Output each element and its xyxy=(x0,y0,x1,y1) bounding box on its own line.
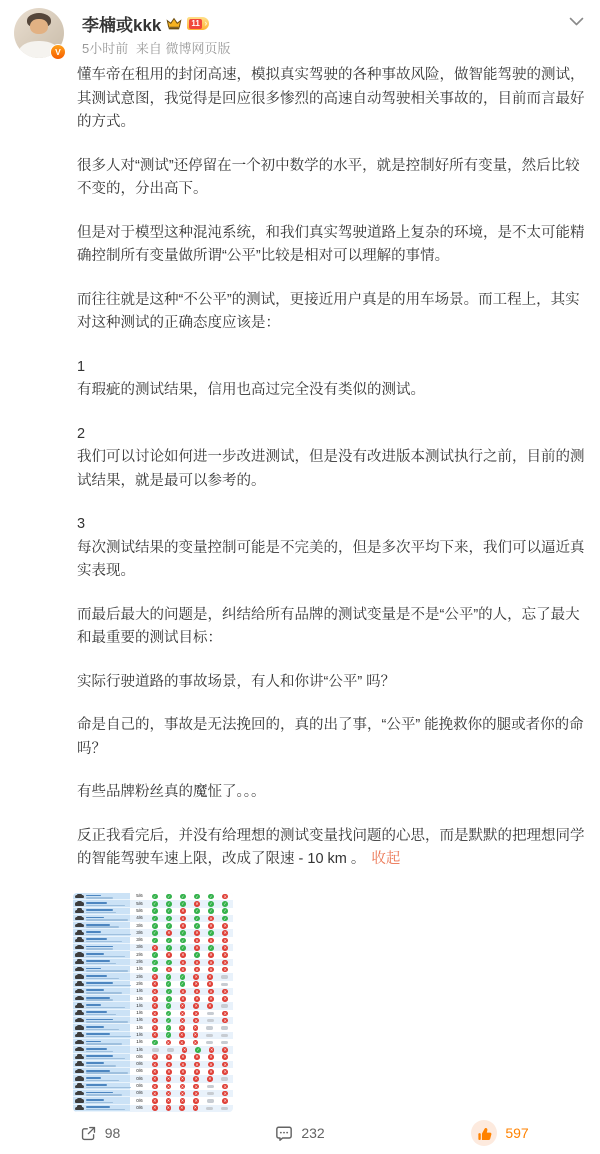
score-cell: 5/6 xyxy=(130,894,149,899)
pass-icon: ✓ xyxy=(194,908,200,914)
fail-icon: ✕ xyxy=(193,1084,199,1090)
score-cell: 5/6 xyxy=(130,902,149,907)
score-cell: 1/6 xyxy=(130,1026,149,1031)
pass-icon: ✓ xyxy=(222,901,228,907)
score-cell: 2/6 xyxy=(130,960,149,965)
source-label[interactable]: 来自 微博网页版 xyxy=(136,41,231,56)
fail-icon: ✕ xyxy=(209,1047,215,1053)
score-cell: 0/6 xyxy=(130,1091,149,1096)
table-row: 2/6✓✓✕✕✕✕ xyxy=(73,959,233,966)
score-cell: 0/6 xyxy=(130,1099,149,1104)
score-cell: 2/6 xyxy=(130,975,149,980)
table-row: 3/6✓✕✓✕✓✕ xyxy=(73,929,233,936)
pass-icon: ✓ xyxy=(222,908,228,914)
na-icon xyxy=(221,1041,228,1044)
fail-icon: ✕ xyxy=(194,996,200,1002)
table-row: 2/6✓✕✕✓✕✕ xyxy=(73,951,233,958)
fail-icon: ✕ xyxy=(180,1011,186,1017)
score-cell: 1/6 xyxy=(130,1040,149,1045)
post-meta: 5小时前 来自 微博网页版 xyxy=(82,38,234,57)
table-row: 1/6✕✓✕✕✕ xyxy=(73,1010,233,1017)
pass-icon: ✓ xyxy=(166,1003,172,1009)
pass-icon: ✓ xyxy=(195,1047,201,1053)
post-text: 懂车帝在租用的封闭高速，模拟真实驾驶的各种事故风险，做智能驾驶的测试，其测试意图… xyxy=(77,64,589,888)
score-cell: 3/6 xyxy=(130,931,149,936)
fail-icon: ✕ xyxy=(180,1062,186,1068)
fail-icon: ✕ xyxy=(180,1069,186,1075)
pass-icon: ✓ xyxy=(194,894,200,900)
pass-icon: ✓ xyxy=(166,938,172,944)
fail-icon: ✕ xyxy=(179,1105,185,1111)
fail-icon: ✕ xyxy=(182,1047,188,1053)
table-row: 0/6✕✕✕✕✕✕ xyxy=(73,1068,233,1075)
table-row: 1/6✕✓✕✕ xyxy=(73,1032,233,1039)
pass-icon: ✓ xyxy=(180,974,186,980)
pass-icon: ✓ xyxy=(166,916,172,922)
fail-icon: ✕ xyxy=(152,1025,158,1031)
pass-icon: ✓ xyxy=(152,960,158,966)
post-paragraph: 实际行驶道路的事故场景，有人和你讲“公平” 吗？ xyxy=(77,671,589,695)
pass-icon: ✓ xyxy=(152,894,158,900)
fail-icon: ✕ xyxy=(166,1069,172,1075)
fail-icon: ✕ xyxy=(180,1018,186,1024)
fail-icon: ✕ xyxy=(180,952,186,958)
fail-icon: ✕ xyxy=(194,960,200,966)
table-row: 3/6✓✓✕✓✕✕ xyxy=(73,922,233,929)
fail-icon: ✕ xyxy=(193,1011,199,1017)
fail-icon: ✕ xyxy=(152,1069,158,1075)
fail-icon: ✕ xyxy=(179,1040,185,1046)
car-icon xyxy=(75,902,84,905)
pass-icon: ✓ xyxy=(194,952,200,958)
table-row: 0/6✕✕✕✕✕ xyxy=(73,1097,233,1104)
score-cell: 1/6 xyxy=(130,1004,149,1009)
table-row: 1/6✕✓✕✕✕ xyxy=(73,1002,233,1009)
pass-icon: ✓ xyxy=(222,916,228,922)
fail-icon: ✕ xyxy=(166,952,172,958)
table-row: 2/6✕✓✓✕✕ xyxy=(73,973,233,980)
car-icon xyxy=(75,1012,84,1015)
na-icon xyxy=(167,1048,174,1051)
fail-icon: ✕ xyxy=(222,945,228,951)
car-icon xyxy=(75,1034,84,1037)
pass-icon: ✓ xyxy=(166,923,172,929)
pass-icon: ✓ xyxy=(208,894,214,900)
fail-icon: ✕ xyxy=(152,1062,158,1068)
fail-icon: ✕ xyxy=(222,967,228,973)
pass-icon: ✓ xyxy=(166,960,172,966)
car-icon xyxy=(75,1048,84,1051)
table-row: 0/6✕✕✕✕✕ xyxy=(73,1090,233,1097)
score-cell: 4/6 xyxy=(130,916,149,921)
car-icon xyxy=(75,1107,84,1110)
fail-icon: ✕ xyxy=(179,1032,185,1038)
action-bar: 98 232 597 xyxy=(0,1112,600,1154)
fail-icon: ✕ xyxy=(180,923,186,929)
fail-icon: ✕ xyxy=(193,1025,199,1031)
pass-icon: ✓ xyxy=(152,930,158,936)
fail-icon: ✕ xyxy=(208,960,214,966)
fail-icon: ✕ xyxy=(222,930,228,936)
fail-icon: ✕ xyxy=(222,938,228,944)
score-cell: 1/6 xyxy=(130,1033,149,1038)
post-paragraph: 很多人对“测试”还停留在一个初中数学的水平，就是控制好所有变量，然后比较不变的，… xyxy=(77,155,589,202)
car-icon xyxy=(75,910,84,913)
fail-icon: ✕ xyxy=(152,945,158,951)
pass-icon: ✓ xyxy=(180,894,186,900)
score-cell: 0/6 xyxy=(130,1077,149,1082)
fail-icon: ✕ xyxy=(194,1069,200,1075)
embedded-test-result-table-image[interactable]: 5/6✓✓✓✓✓✕5/6✓✓✓✕✓✓5/6✓✓✕✓✓✓4/6✓✓✕✓✕✓3/6✓… xyxy=(73,893,233,1112)
fail-icon: ✕ xyxy=(152,1076,158,1082)
fail-icon: ✕ xyxy=(208,938,214,944)
table-row: 1/6✕✓✕✕✕✕ xyxy=(73,995,233,1002)
car-icon xyxy=(75,1063,84,1066)
fail-icon: ✕ xyxy=(152,1011,158,1017)
post-paragraph: 命是自己的，事故是无法挽回的，真的出了事，“公平” 能挽救你的腿或者你的命吗？ xyxy=(77,714,589,761)
score-cell: 1/6 xyxy=(130,997,149,1002)
score-cell: 1/6 xyxy=(130,1048,149,1053)
car-icon xyxy=(75,1092,84,1095)
fail-icon: ✕ xyxy=(222,1062,228,1068)
pass-icon: ✓ xyxy=(166,1032,172,1038)
fail-icon: ✕ xyxy=(180,996,186,1002)
pass-icon: ✓ xyxy=(166,894,172,900)
score-cell: 2/6 xyxy=(130,982,149,987)
na-icon xyxy=(207,1012,214,1015)
fail-icon: ✕ xyxy=(193,974,199,980)
score-cell: 3/6 xyxy=(130,945,149,950)
fail-icon: ✕ xyxy=(152,1032,158,1038)
fail-icon: ✕ xyxy=(207,981,213,987)
comment-button[interactable]: 232 xyxy=(200,1125,400,1142)
fail-icon: ✕ xyxy=(152,1054,158,1060)
fail-icon: ✕ xyxy=(180,967,186,973)
pass-icon: ✓ xyxy=(166,1011,172,1017)
pass-icon: ✓ xyxy=(180,901,186,907)
fail-icon: ✕ xyxy=(222,1018,228,1024)
fail-icon: ✕ xyxy=(194,938,200,944)
fail-icon: ✕ xyxy=(180,916,186,922)
collapse-link[interactable]: 收起 xyxy=(371,851,400,867)
fail-icon: ✕ xyxy=(152,1091,158,1097)
score-cell: 0/6 xyxy=(130,1084,149,1089)
fail-icon: ✕ xyxy=(222,1098,228,1104)
fail-icon: ✕ xyxy=(180,960,186,966)
score-cell: 0/6 xyxy=(130,1069,149,1074)
fail-icon: ✕ xyxy=(193,1032,199,1038)
fail-icon: ✕ xyxy=(152,981,158,987)
fail-icon: ✕ xyxy=(152,989,158,995)
fail-icon: ✕ xyxy=(194,989,200,995)
table-row: 1/6✕✓✕✕✕ xyxy=(73,1017,233,1024)
fail-icon: ✕ xyxy=(193,1018,199,1024)
pass-icon: ✓ xyxy=(208,908,214,914)
fail-icon: ✕ xyxy=(222,923,228,929)
table-row: 0/6✕✕✕✕✕ xyxy=(73,1083,233,1090)
pass-icon: ✓ xyxy=(180,945,186,951)
car-icon xyxy=(75,961,84,964)
pass-icon: ✓ xyxy=(208,901,214,907)
pass-icon: ✓ xyxy=(152,923,158,929)
table-row: 1/6✕✓✕✕ xyxy=(73,1046,233,1053)
na-icon xyxy=(221,1034,228,1037)
fail-icon: ✕ xyxy=(222,996,228,1002)
avatar[interactable]: V xyxy=(14,8,64,58)
pass-icon: ✓ xyxy=(152,908,158,914)
table-row: 0/6✕✕✕✕✕✕ xyxy=(73,1061,233,1068)
table-row: 0/6✕✕✕✕✕ xyxy=(73,1075,233,1082)
fail-icon: ✕ xyxy=(152,1105,158,1111)
fail-icon: ✕ xyxy=(208,996,214,1002)
score-cell: 3/6 xyxy=(130,938,149,943)
pass-icon: ✓ xyxy=(208,945,214,951)
fail-icon: ✕ xyxy=(222,1054,228,1060)
fail-icon: ✕ xyxy=(180,1076,186,1082)
na-icon xyxy=(221,1077,228,1080)
fail-icon: ✕ xyxy=(194,945,200,951)
pass-icon: ✓ xyxy=(180,938,186,944)
car-icon xyxy=(75,997,84,1000)
fail-icon: ✕ xyxy=(152,1003,158,1009)
car-icon xyxy=(75,1070,84,1073)
score-cell: 1/6 xyxy=(130,1018,149,1023)
pass-icon: ✓ xyxy=(166,989,172,995)
car-icon xyxy=(75,983,84,986)
pass-icon: ✓ xyxy=(166,908,172,914)
fail-icon: ✕ xyxy=(180,989,186,995)
score-cell: 1/6 xyxy=(130,967,149,972)
pass-icon: ✓ xyxy=(166,974,172,980)
post-paragraph: 有些品牌粉丝真的魔怔了。。。 xyxy=(77,781,589,805)
fail-icon: ✕ xyxy=(208,916,214,922)
na-icon xyxy=(206,1026,213,1029)
score-cell: 1/6 xyxy=(130,1011,149,1016)
fail-icon: ✕ xyxy=(222,1084,228,1090)
table-row: 5/6✓✓✓✕✓✓ xyxy=(73,900,233,907)
score-cell: 2/6 xyxy=(130,953,149,958)
comment-icon xyxy=(275,1125,293,1142)
table-row: 0/6✕✕✕✕ xyxy=(73,1105,233,1112)
car-icon xyxy=(75,990,84,993)
na-icon xyxy=(206,1041,213,1044)
comment-count: 232 xyxy=(301,1125,324,1141)
na-icon xyxy=(207,1092,214,1095)
fail-icon: ✕ xyxy=(208,1054,214,1060)
car-icon xyxy=(75,1077,84,1080)
table-row: 4/6✓✓✕✓✕✓ xyxy=(73,915,233,922)
fail-icon: ✕ xyxy=(208,1069,214,1075)
fail-icon: ✕ xyxy=(180,1054,186,1060)
table-row: 5/6✓✓✕✓✓✓ xyxy=(73,908,233,915)
fail-icon: ✕ xyxy=(180,908,186,914)
fail-icon: ✕ xyxy=(166,1098,172,1104)
car-icon xyxy=(75,932,84,935)
timestamp: 5小时前 xyxy=(82,41,128,56)
post-paragraph: 而往往就是这种“不公平”的测试，更接近用户真是的用车场景。而工程上，其实对这种测… xyxy=(77,289,589,336)
pass-icon: ✓ xyxy=(152,901,158,907)
pass-icon: ✓ xyxy=(166,981,172,987)
car-icon xyxy=(75,968,84,971)
car-icon xyxy=(75,1026,84,1029)
table-row: 1/6✕✓✕✕✕✕ xyxy=(73,988,233,995)
fail-icon: ✕ xyxy=(222,1069,228,1075)
pass-icon: ✓ xyxy=(166,1025,172,1031)
post-paragraph: 而最后最大的问题是，纠结给所有品牌的测试变量是不是“公平”的人，忘了最大和最重要… xyxy=(77,604,589,651)
table-row: 5/6✓✓✓✓✓✕ xyxy=(73,893,233,900)
pass-icon: ✓ xyxy=(152,916,158,922)
car-icon xyxy=(75,1041,84,1044)
fail-icon: ✕ xyxy=(152,1084,158,1090)
fail-icon: ✕ xyxy=(152,996,158,1002)
fail-icon: ✕ xyxy=(208,923,214,929)
car-icon xyxy=(75,946,84,949)
fail-icon: ✕ xyxy=(194,1062,200,1068)
car-icon xyxy=(75,953,84,956)
fail-icon: ✕ xyxy=(166,1105,172,1111)
fail-icon: ✕ xyxy=(166,1084,172,1090)
fail-icon: ✕ xyxy=(180,1003,186,1009)
na-icon xyxy=(221,1107,228,1110)
fail-icon: ✕ xyxy=(152,1018,158,1024)
like-halo xyxy=(471,1120,497,1146)
fail-icon: ✕ xyxy=(208,1062,214,1068)
pass-icon: ✓ xyxy=(152,1040,158,1046)
fail-icon: ✕ xyxy=(193,1098,199,1104)
na-icon xyxy=(152,1048,159,1051)
post-paragraph: 3每次测试结果的变量控制可能是不完美的，但是多次平均下来，我们可以逼近真实表现。 xyxy=(77,513,589,584)
car-icon xyxy=(75,1085,84,1088)
fail-icon: ✕ xyxy=(222,989,228,995)
car-icon xyxy=(75,939,84,942)
fail-icon: ✕ xyxy=(180,1084,186,1090)
na-icon xyxy=(206,1107,213,1110)
verified-v-badge-icon: V xyxy=(50,44,66,60)
chevron-down-icon[interactable] xyxy=(569,14,584,32)
share-count: 98 xyxy=(105,1125,121,1141)
like-button[interactable]: 597 xyxy=(400,1120,600,1146)
fail-icon: ✕ xyxy=(207,1076,213,1082)
pass-icon: ✓ xyxy=(152,967,158,973)
share-icon xyxy=(80,1125,97,1142)
na-icon xyxy=(221,1004,228,1007)
fail-icon: ✕ xyxy=(222,960,228,966)
na-icon xyxy=(221,1026,228,1029)
car-icon xyxy=(75,895,84,898)
fail-icon: ✕ xyxy=(193,1105,199,1111)
fail-icon: ✕ xyxy=(166,930,172,936)
fail-icon: ✕ xyxy=(180,1091,186,1097)
pass-icon: ✓ xyxy=(152,938,158,944)
score-cell: 0/6 xyxy=(130,1055,149,1060)
post-paragraph: 2我们可以讨论如何进一步改进测试，但是没有改进版本测试执行之前，目前的测试结果，… xyxy=(77,423,589,494)
na-icon xyxy=(206,1034,213,1037)
fail-icon: ✕ xyxy=(207,1003,213,1009)
pass-icon: ✓ xyxy=(180,930,186,936)
na-icon xyxy=(207,1085,214,1088)
car-icon xyxy=(75,1099,84,1102)
pass-icon: ✓ xyxy=(166,945,172,951)
fail-icon: ✕ xyxy=(179,1025,185,1031)
fail-icon: ✕ xyxy=(208,967,214,973)
fail-icon: ✕ xyxy=(193,1076,199,1082)
pass-icon: ✓ xyxy=(180,981,186,987)
vip-level-badge: 11 xyxy=(187,17,208,30)
fail-icon: ✕ xyxy=(166,1054,172,1060)
thumbs-up-icon xyxy=(476,1125,493,1142)
post-paragraph: 但是对于模型这种混沌系统，和我们真实驾驶道路上复杂的环境，是不太可能精确控制所有… xyxy=(77,222,589,269)
fail-icon: ✕ xyxy=(222,1091,228,1097)
fail-icon: ✕ xyxy=(166,1076,172,1082)
fail-icon: ✕ xyxy=(180,1098,186,1104)
table-row: 3/6✓✓✓✕✕✕ xyxy=(73,937,233,944)
na-icon xyxy=(207,1099,214,1102)
fail-icon: ✕ xyxy=(222,952,228,958)
post-paragraph: 懂车帝在租用的封闭高速，模拟真实驾驶的各种事故风险，做智能驾驶的测试，其测试意图… xyxy=(77,64,589,135)
table-row: 3/6✕✓✓✕✓✕ xyxy=(73,944,233,951)
fail-icon: ✕ xyxy=(166,1091,172,1097)
fail-icon: ✕ xyxy=(166,1062,172,1068)
table-row: 1/6✓✕✕✕✕✕ xyxy=(73,966,233,973)
car-icon xyxy=(75,1019,84,1022)
fail-icon: ✕ xyxy=(193,1091,199,1097)
na-icon xyxy=(207,1019,214,1022)
fail-icon: ✕ xyxy=(222,894,228,900)
car-icon xyxy=(75,1005,84,1008)
fail-icon: ✕ xyxy=(222,1047,228,1053)
car-icon xyxy=(75,975,84,978)
fail-icon: ✕ xyxy=(166,1040,172,1046)
fail-icon: ✕ xyxy=(207,974,213,980)
score-cell: 3/6 xyxy=(130,924,149,929)
pass-icon: ✓ xyxy=(194,923,200,929)
pass-icon: ✓ xyxy=(166,996,172,1002)
fail-icon: ✕ xyxy=(193,1040,199,1046)
score-cell: 5/6 xyxy=(130,909,149,914)
fail-icon: ✕ xyxy=(152,974,158,980)
vip-crown-icon xyxy=(166,17,182,30)
table-row: 0/6✕✕✕✕✕✕ xyxy=(73,1054,233,1061)
fail-icon: ✕ xyxy=(208,952,214,958)
fail-icon: ✕ xyxy=(194,1054,200,1060)
fail-icon: ✕ xyxy=(152,1098,158,1104)
car-icon xyxy=(75,924,84,927)
table-row: 2/6✕✓✓✕✕ xyxy=(73,981,233,988)
fail-icon: ✕ xyxy=(193,1003,199,1009)
car-icon xyxy=(75,917,84,920)
like-count: 597 xyxy=(505,1125,528,1141)
fail-icon: ✕ xyxy=(194,967,200,973)
pass-icon: ✓ xyxy=(152,952,158,958)
pass-icon: ✓ xyxy=(166,1018,172,1024)
na-icon xyxy=(221,975,228,978)
table-row: 1/6✓✕✕✕ xyxy=(73,1039,233,1046)
pass-icon: ✓ xyxy=(166,901,172,907)
post-paragraph: 反正我看完后，并没有给理想的测试变量找问题的心思，而是默默的把理想同学的智能驾驶… xyxy=(77,825,589,872)
na-icon xyxy=(221,983,228,986)
score-cell: 0/6 xyxy=(130,1106,149,1111)
score-cell: 0/6 xyxy=(130,1062,149,1067)
share-button[interactable]: 98 xyxy=(0,1125,200,1142)
score-cell: 1/6 xyxy=(130,989,149,994)
table-row: 1/6✕✓✕✕ xyxy=(73,1024,233,1031)
username[interactable]: 李楠或kkk xyxy=(82,11,161,36)
post-header: V 李楠或kkk 11 5小时前 来自 微博网页版 xyxy=(14,8,586,64)
fail-icon: ✕ xyxy=(194,930,200,936)
post-paragraph: 1有瑕疵的测试结果，信用也高过完全没有类似的测试。 xyxy=(77,356,589,403)
fail-icon: ✕ xyxy=(222,1011,228,1017)
fail-icon: ✕ xyxy=(208,989,214,995)
